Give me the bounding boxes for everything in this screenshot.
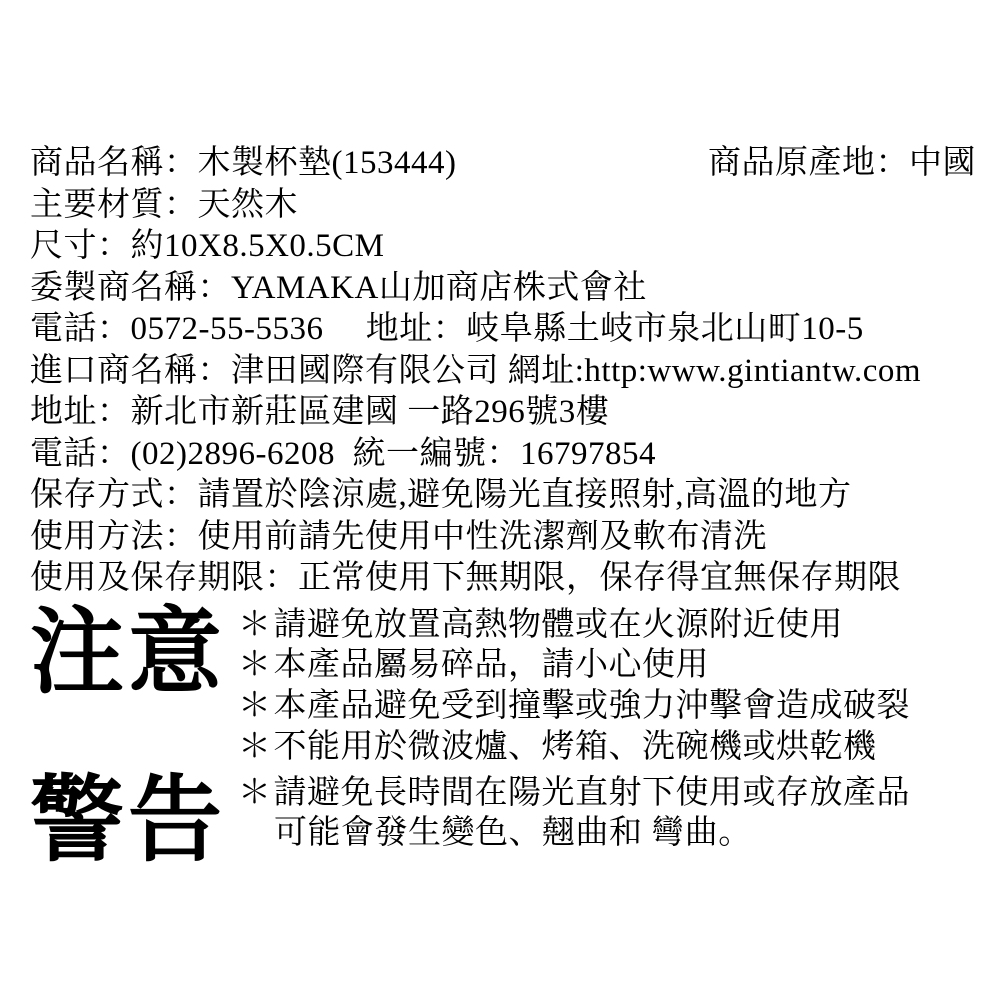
asterisk-icon: ＊	[238, 773, 272, 814]
product-name-origin-row: 商品名稱：木製杯墊(153444) 商品原產地：中國	[30, 143, 976, 185]
detail-manufacturer-line: 委製商名稱：YAMAKA山加商店株式會社	[30, 268, 976, 310]
product-info-sheet: 商品名稱：木製杯墊(153444) 商品原產地：中國 主要材質：天然木 尺寸：約…	[0, 0, 1000, 1000]
notice-item-text: 本產品避免受到撞擊或強力沖擊會造成破裂	[274, 686, 911, 727]
notice-section: 注意 ＊ 請避免放置高熱物體或在火源附近使用 ＊ 本產品屬易碎品，請小心使用 ＊…	[30, 600, 976, 768]
warning-item-continuation: 可能會發生變色、翹曲和 彎曲。	[238, 813, 976, 854]
detail-size-line: 尺寸：約10X8.5X0.5CM	[30, 226, 976, 268]
detail-importer-line: 進口商名稱：津田國際有限公司 網址:http:www.gintiantw.com	[30, 351, 976, 393]
asterisk-icon: ＊	[238, 727, 272, 768]
warning-item-text: 請避免長時間在陽光直射下使用或存放產品	[274, 773, 911, 814]
notice-item-text: 本產品屬易碎品，請小心使用	[274, 645, 710, 686]
asterisk-icon: ＊	[238, 645, 272, 686]
notice-item: ＊ 本產品避免受到撞擊或強力沖擊會造成破裂	[238, 686, 976, 727]
notice-item-text: 不能用於微波爐、烤箱、洗碗機或烘乾機	[274, 727, 877, 768]
content-area: 商品名稱：木製杯墊(153444) 商品原產地：中國 主要材質：天然木 尺寸：約…	[0, 0, 1000, 875]
notice-label: 注意	[30, 600, 238, 707]
notice-item: ＊ 不能用於微波爐、烤箱、洗碗機或烘乾機	[238, 727, 976, 768]
warning-items: ＊ 請避免長時間在陽光直射下使用或存放產品 可能會發生變色、翹曲和 彎曲。	[238, 768, 976, 855]
detail-importer-address-line: 地址：新北市新莊區建國 一路296號3樓	[30, 392, 976, 434]
origin: 商品原產地：中國	[708, 143, 976, 185]
detail-shelf-life-line: 使用及保存期限：正常使用下無期限，保存得宜無保存期限	[30, 558, 976, 600]
warning-item: ＊ 請避免長時間在陽光直射下使用或存放產品	[238, 773, 976, 814]
detail-storage-line: 保存方式：請置於陰涼處,避免陽光直接照射,高溫的地方	[30, 475, 976, 517]
notice-item: ＊ 本產品屬易碎品，請小心使用	[238, 645, 976, 686]
notice-item-text: 請避免放置高熱物體或在火源附近使用	[274, 605, 844, 646]
detail-usage-line: 使用方法：使用前請先使用中性洗潔劑及軟布清洗	[30, 517, 976, 559]
detail-material-line: 主要材質：天然木	[30, 185, 976, 227]
warning-label: 警告	[30, 768, 238, 875]
notice-item: ＊ 請避免放置高熱物體或在火源附近使用	[238, 605, 976, 646]
notice-items: ＊ 請避免放置高熱物體或在火源附近使用 ＊ 本產品屬易碎品，請小心使用 ＊ 本產…	[238, 600, 976, 768]
detail-importer-contact-line: 電話：(02)2896-6208 統一編號：16797854	[30, 434, 976, 476]
asterisk-icon: ＊	[238, 686, 272, 727]
warning-section: 警告 ＊ 請避免長時間在陽光直射下使用或存放產品 可能會發生變色、翹曲和 彎曲。	[30, 768, 976, 875]
detail-manufacturer-contact-line: 電話：0572-55-5536 地址：岐阜縣土岐市泉北山町10-5	[30, 309, 976, 351]
asterisk-icon: ＊	[238, 605, 272, 646]
product-name: 商品名稱：木製杯墊(153444)	[30, 143, 456, 185]
